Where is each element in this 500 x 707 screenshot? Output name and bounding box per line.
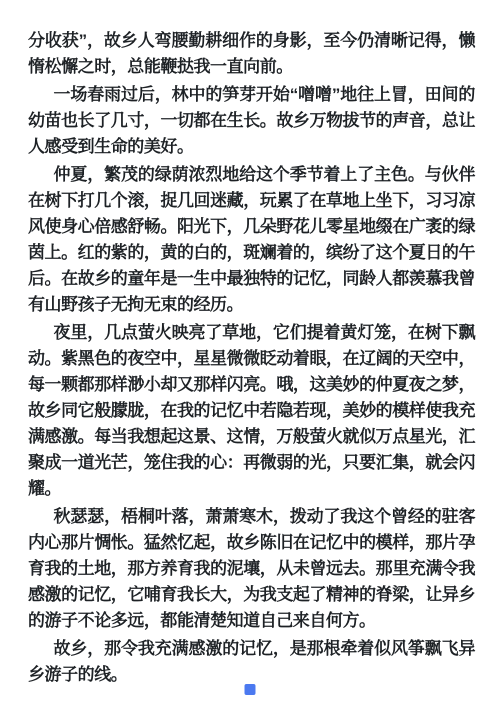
paragraph-continuation: 分收获”，故乡人弯腰勤耕细作的身影，至今仍清晰记得，懒惰松懈之时，总能鞭挞我一直… (28, 28, 475, 80)
essay-body: 分收获”，故乡人弯腰勤耕细作的身影，至今仍清晰记得，懒惰松懈之时，总能鞭挞我一直… (28, 28, 475, 688)
document-page: 分收获”，故乡人弯腰勤耕细作的身影，至今仍清晰记得，懒惰松懈之时，总能鞭挞我一直… (0, 0, 500, 707)
paragraph-autumn: 秋瑟瑟，梧桐叶落，萧萧寒木，拨动了我这个曾经的驻客内心那片惆怅。猛然忆起，故乡陈… (28, 504, 475, 634)
paragraph-closing: 故乡，那令我充满感激的记忆，是那根牵着似风筝飘飞异乡游子的线。 (28, 636, 475, 688)
paragraph-spring: 一场春雨过后，林中的笋芽开始“噌噌”地往上冒，田间的幼苗也长了几寸，一切都在生长… (28, 82, 475, 160)
paragraph-midsummer: 仲夏，繁茂的绿荫浓烈地给这个季节着上了主色。与伙伴在树下打几个滚，捉几回迷藏，玩… (28, 162, 475, 318)
paragraph-night-fireflies: 夜里，几点萤火映亮了草地，它们提着黄灯笼，在树下飘动。紫黑色的夜空中，星星微微眨… (28, 320, 475, 502)
watermark-icon (245, 684, 256, 695)
